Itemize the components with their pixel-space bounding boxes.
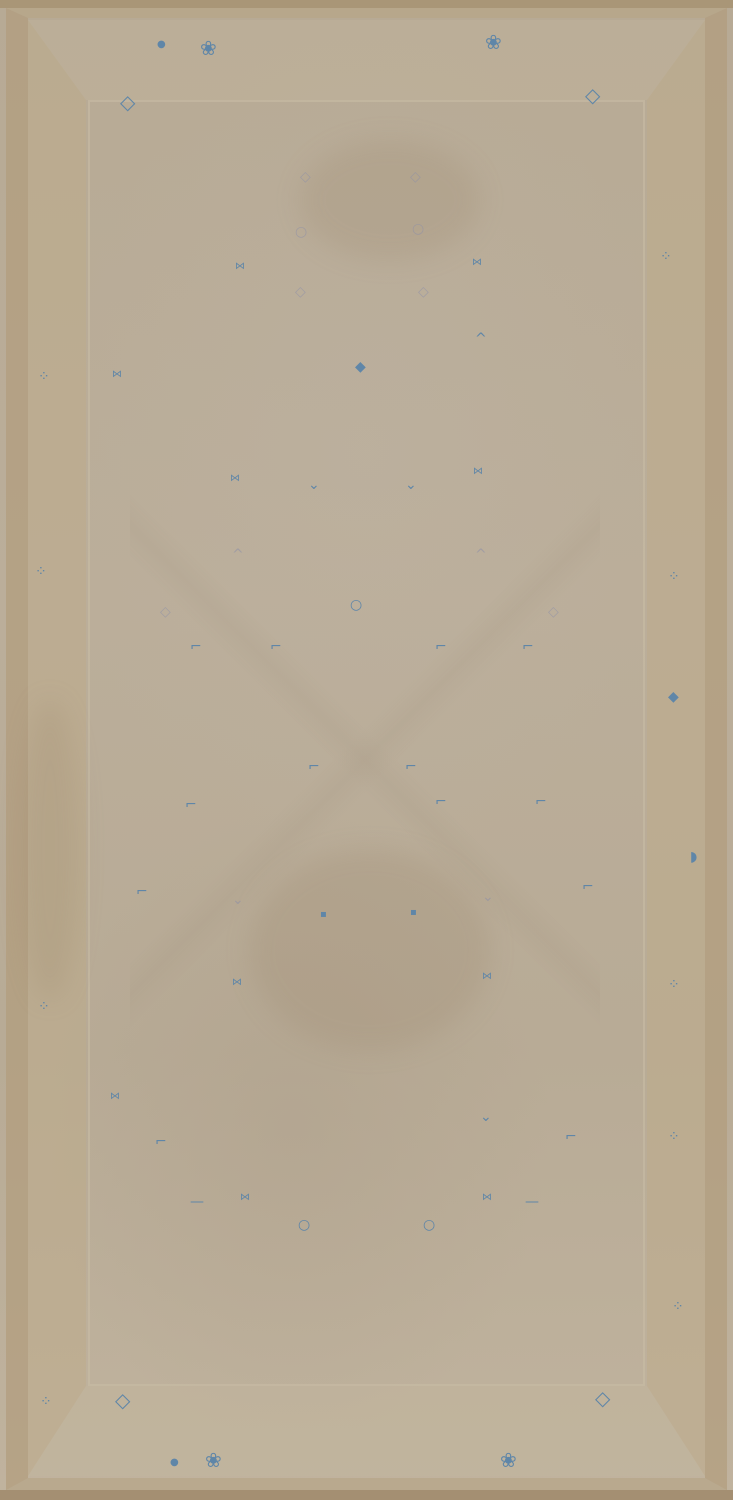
wear-stain (250, 850, 490, 1050)
rug-motif-icon: ⁘ (40, 1395, 52, 1409)
rug-motif-icon: ◆ (355, 360, 366, 374)
rug-motif-icon: ⁘ (38, 370, 50, 384)
rug-motif-icon: ⁘ (38, 1000, 50, 1014)
rug-motif-icon: — (190, 1195, 204, 1209)
rug-motif-icon: ◇ (160, 605, 171, 619)
rug-motif-icon: — (525, 1195, 539, 1209)
rug-motif-icon: ⌐ (435, 795, 447, 809)
wear-stain (20, 700, 80, 1000)
rug-motif-icon: ◇ (595, 1388, 610, 1408)
rug-motif-icon: ⋈ (232, 978, 242, 988)
rug-motif-icon: ⋈ (482, 972, 492, 982)
rug-motif-icon: ⌐ (405, 760, 417, 774)
rug-motif-icon: ⁘ (672, 1300, 684, 1314)
rug-motif-icon: ◇ (295, 285, 306, 299)
wear-stain (300, 140, 480, 260)
faded-lattice-medallion (130, 160, 600, 1360)
rug-motif-icon: ◇ (115, 1390, 130, 1410)
rug-motif-icon: ⌐ (155, 1135, 167, 1149)
rug-motif-icon: ◇ (418, 285, 429, 299)
rug-motif-icon: ⌄ (482, 890, 494, 904)
rug-motif-icon: ⋈ (235, 262, 245, 272)
rug-motif-icon: ⁘ (668, 978, 680, 992)
rug-motif-icon: ⌐ (565, 1130, 577, 1144)
rug-motif-icon: ○ (412, 222, 424, 236)
rug-motif-icon: ⋈ (110, 1092, 120, 1102)
rug-motif-icon: ^ (232, 548, 244, 562)
rug-motif-icon: ○ (295, 225, 307, 239)
rug-motif-icon: ⌐ (190, 640, 202, 654)
rug-motif-icon: ⌐ (136, 885, 148, 899)
rug-motif-icon: ⌐ (270, 640, 282, 654)
rug-motif-icon: ● (170, 1458, 179, 1468)
rug-motif-icon: ○ (350, 598, 362, 612)
rug-motif-icon: ⋈ (473, 467, 483, 477)
rug-motif-icon: ○ (423, 1218, 435, 1232)
rug-motif-icon: ⌐ (582, 880, 594, 894)
rug-motif-icon: ● (157, 40, 166, 50)
rug-motif-icon: ⁘ (668, 1130, 680, 1144)
rug-motif-icon: ⌄ (480, 1110, 492, 1124)
rug-motif-icon: ⌐ (535, 795, 547, 809)
rug-photo: ◇◇◇◇○○^^◇◇⌄⌄❀❀●◇◇⋈⋈⁘◆⋈⁘^⌄⌄⋈⋈⁘⁘○⌐⌐⌐⌐◆⌐⌐⌐⌐… (0, 0, 733, 1500)
rug-bottom-fringe (0, 1490, 733, 1500)
rug-motif-icon: ⌐ (522, 640, 534, 654)
rug-motif-icon: ◇ (120, 92, 135, 112)
rug-motif-icon: ◇ (585, 85, 600, 105)
rug-motif-icon: ❀ (205, 1450, 222, 1470)
rug-motif-icon: ⌐ (185, 798, 197, 812)
rug-motif-icon: ⌄ (308, 478, 320, 492)
rug-top-edge (0, 0, 733, 8)
rug-motif-icon: ⁘ (660, 250, 672, 264)
rug-motif-icon: ^ (475, 548, 487, 562)
rug-motif-icon: ⋈ (482, 1193, 492, 1203)
rug-motif-icon: ⌄ (405, 478, 417, 492)
rug-motif-icon: ⋈ (230, 474, 240, 484)
rug-motif-icon: ▪ (410, 908, 417, 918)
rug-motif-icon: ^ (475, 332, 487, 346)
rug-motif-icon: ○ (298, 1218, 310, 1232)
rug-motif-icon: ◇ (300, 170, 311, 184)
rug-motif-icon: ⋈ (240, 1193, 250, 1203)
rug-motif-icon: ❀ (485, 32, 502, 52)
rug-motif-icon: ⋈ (472, 258, 482, 268)
rug-motif-icon: ❀ (500, 1450, 517, 1470)
rug-motif-icon: ◇ (410, 170, 421, 184)
rug-motif-icon: ⌐ (435, 640, 447, 654)
rug-motif-icon: ◗ (690, 850, 697, 864)
rug-motif-icon: ⌐ (308, 760, 320, 774)
rug-motif-icon: ❀ (200, 38, 217, 58)
rug-motif-icon: ⋈ (112, 370, 122, 380)
rug-motif-icon: ⌄ (232, 893, 244, 907)
rug-motif-icon: ◆ (668, 690, 679, 704)
rug-motif-icon: ▪ (320, 910, 327, 920)
rug-motif-icon: ⁘ (668, 570, 680, 584)
rug-motif-icon: ⁘ (35, 565, 47, 579)
rug-motif-icon: ◇ (548, 605, 559, 619)
